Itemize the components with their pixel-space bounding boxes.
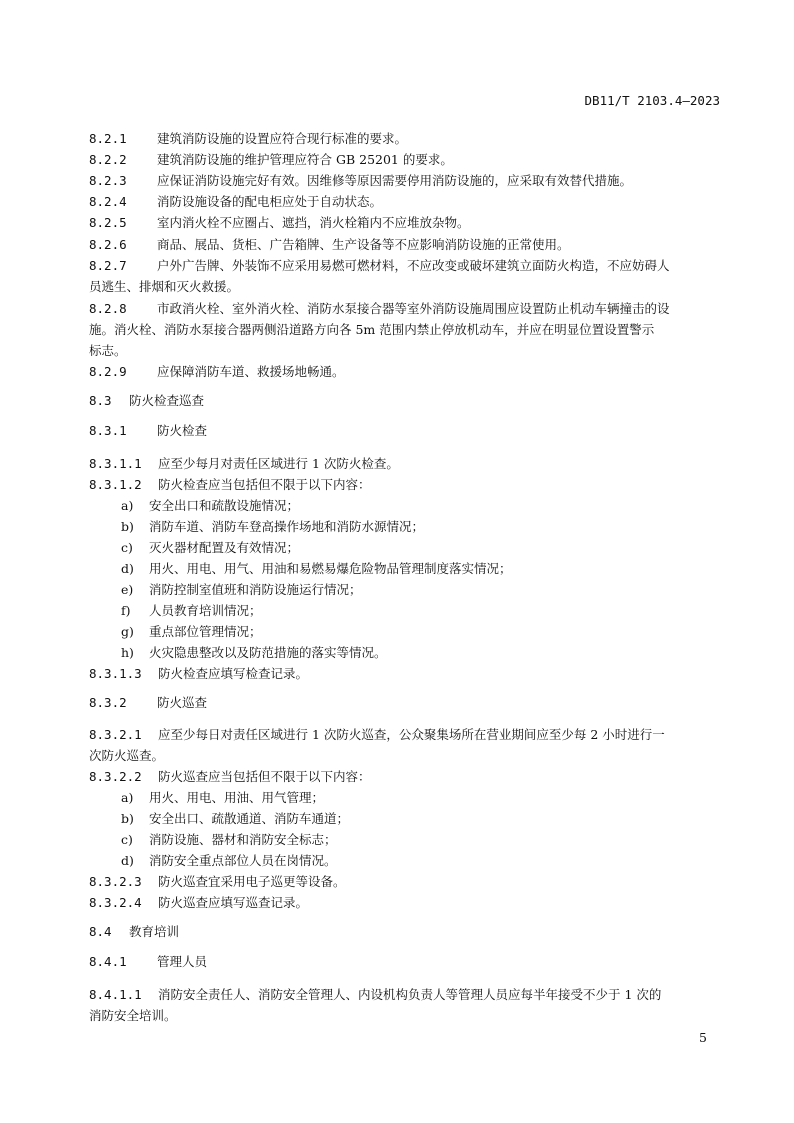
clause-8-2-5: 8.2.5室内消火栓不应圈占、遮挡，消火栓箱内不应堆放杂物。 <box>89 212 719 233</box>
list-item: d)消防安全重点部位人员在岗情况。 <box>121 850 751 871</box>
subsection-heading-8-3-1: 8.3.1防火检查 <box>89 420 719 441</box>
list-item: a)用火、用电、用油、用气管理； <box>121 787 751 808</box>
clause-8-4-1-1-continued: 消防安全培训。 <box>89 1005 719 1026</box>
subsection-heading-8-3-2: 8.3.2防火巡查 <box>89 692 719 713</box>
clause-8-2-3: 8.2.3应保证消防设施完好有效。因维修等原因需要停用消防设施的，应采取有效替代… <box>89 170 719 191</box>
subsection-heading-8-4-1: 8.4.1管理人员 <box>89 951 719 972</box>
clause-8-3-2-2: 8.3.2.2防火巡查应当包括但不限于以下内容： <box>89 766 719 787</box>
section-heading-8-3: 8.3防火检查巡查 <box>89 390 719 411</box>
clause-8-3-2-1: 8.3.2.1应至少每日对责任区域进行 1 次防火巡查，公众聚集场所在营业期间应… <box>89 724 719 745</box>
clause-8-3-2-3: 8.3.2.3防火巡查宜采用电子巡更等设备。 <box>89 871 719 892</box>
list-item: b)消防车道、消防车登高操作场地和消防水源情况； <box>121 516 751 537</box>
clause-8-4-1-1: 8.4.1.1消防安全责任人、消防安全管理人、内设机构负责人等管理人员应每半年接… <box>89 984 719 1005</box>
list-item: c)消防设施、器材和消防安全标志； <box>121 829 751 850</box>
page-number: 5 <box>699 1030 707 1045</box>
clause-8-2-8-continued: 施。消火栓、消防水泵接合器两侧沿道路方向各 5m 范围内禁止停放机动车，并应在明… <box>89 319 719 340</box>
clause-8-2-7-continued: 员逃生、排烟和灭火救援。 <box>89 276 719 297</box>
clause-8-2-8: 8.2.8市政消火栓、室外消火栓、消防水泵接合器等室外消防设施周围应设置防止机动… <box>89 298 719 319</box>
clause-8-2-8-continued-2: 标志。 <box>89 340 719 361</box>
document-code: DB11/T 2103.4—2023 <box>585 93 720 108</box>
clause-8-3-2-4: 8.3.2.4防火巡查应填写巡查记录。 <box>89 892 719 913</box>
list-item: d)用火、用电、用气、用油和易燃易爆危险物品管理制度落实情况； <box>121 558 751 579</box>
list-item: b)安全出口、疏散通道、消防车通道； <box>121 808 751 829</box>
clause-8-2-4: 8.2.4消防设施设备的配电柜应处于自动状态。 <box>89 191 719 212</box>
list-item: h)火灾隐患整改以及防范措施的落实等情况。 <box>121 642 751 663</box>
list-item: c)灭火器材配置及有效情况； <box>121 537 751 558</box>
list-item: e)消防控制室值班和消防设施运行情况； <box>121 579 751 600</box>
clause-8-2-7: 8.2.7户外广告牌、外装饰不应采用易燃可燃材料，不应改变或破坏建筑立面防火构造… <box>89 255 719 276</box>
clause-8-2-9: 8.2.9应保障消防车道、救援场地畅通。 <box>89 361 719 382</box>
clause-8-2-2: 8.2.2建筑消防设施的维护管理应符合 GB 25201 的要求。 <box>89 149 719 170</box>
list-item: g)重点部位管理情况； <box>121 621 751 642</box>
clause-8-3-2-1-continued: 次防火巡查。 <box>89 745 719 766</box>
clause-8-2-1: 8.2.1建筑消防设施的设置应符合现行标准的要求。 <box>89 128 719 149</box>
list-item: a)安全出口和疏散设施情况； <box>121 495 751 516</box>
clause-8-3-1-3: 8.3.1.3防火检查应填写检查记录。 <box>89 663 719 684</box>
list-item: f)人员教育培训情况； <box>121 600 751 621</box>
section-heading-8-4: 8.4教育培训 <box>89 921 719 942</box>
clause-8-3-1-2: 8.3.1.2防火检查应当包括但不限于以下内容： <box>89 474 719 495</box>
clause-8-3-1-1: 8.3.1.1应至少每月对责任区域进行 1 次防火检查。 <box>89 453 719 474</box>
clause-8-2-6: 8.2.6商品、展品、货柜、广告箱牌、生产设备等不应影响消防设施的正常使用。 <box>89 234 719 255</box>
